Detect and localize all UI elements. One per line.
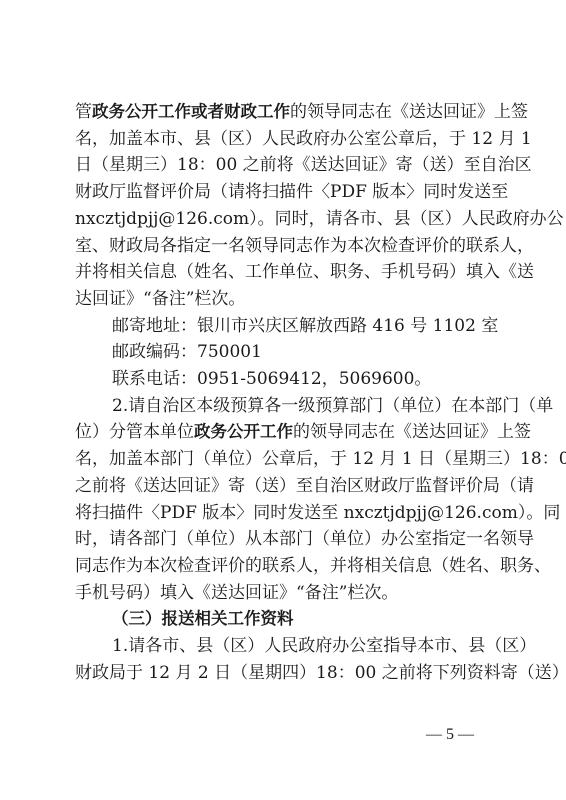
text-line: 手机号码）填入《送达回证》“备注”栏次。	[75, 580, 481, 606]
text-line: 位）分管本单位政务公开工作的领导同志在《送达回证》上签	[75, 419, 481, 445]
text: nxcztjdpjj@126.com）。同时，请各市、县（区）人民政府办公	[75, 209, 564, 229]
text: 并将相关信息（姓名、工作单位、职务、手机号码）填入《送	[75, 262, 534, 282]
text-line: （三）报送相关工作资料	[112, 606, 481, 632]
text: 的领导同志在《送达回证》上签	[290, 102, 528, 122]
text-line: 将扫描件〈PDF 版本〉同时发送至 nxcztjdpjj@126.com）。同	[75, 500, 481, 526]
text-line: nxcztjdpjj@126.com）。同时，请各市、县（区）人民政府办公	[75, 206, 481, 232]
text: 邮政编码：750001	[112, 342, 262, 362]
bold-text: 政务公开工作	[194, 422, 293, 441]
text-line: 名，加盖本部门（单位）公章后，于 12 月 1 日（星期三）18：00	[75, 446, 481, 472]
text-line: 邮政编码：750001	[112, 339, 481, 365]
text: 的领导同志在《送达回证》上签	[293, 422, 531, 442]
text-line: 名，加盖本市、县（区）人民政府办公室公章后，于 12 月 1	[75, 126, 481, 152]
text: 手机号码）填入《送达回证》“备注”栏次。	[75, 583, 398, 603]
text: 名，加盖本部门（单位）公章后，于 12 月 1 日（星期三）18：00	[75, 449, 566, 469]
text-line: 财政局于 12 月 2 日（星期四）18：00 之前将下列资料寄（送）	[75, 660, 481, 686]
text: 1.请各市、县（区）人民政府办公室指导本市、县（区）	[112, 636, 536, 656]
text: 财政厅监督评价局（请将扫描件〈PDF 版本〉同时发送至	[75, 182, 508, 202]
text-line: 联系电话：0951-5069412，5069600。	[112, 366, 481, 392]
text-line: 同志作为本次检查评价的联系人，并将相关信息（姓名、职务、	[75, 553, 481, 579]
text-line: 2.请自治区本级预算各一级预算部门（单位）在本部门（单	[112, 393, 481, 419]
bold-text: （三）报送相关工作资料	[112, 609, 294, 628]
text-line: 日（星期三）18：00 之前将《送达回证》寄（送）至自治区	[75, 152, 481, 178]
text: 邮寄地址：银川市兴庆区解放西路 416 号 1102 室	[112, 316, 498, 336]
text-line: 并将相关信息（姓名、工作单位、职务、手机号码）填入《送	[75, 259, 481, 285]
text: 时，请各部门（单位）从本部门（单位）办公室指定一名领导	[75, 529, 534, 549]
text: 达回证》“备注”栏次。	[75, 289, 245, 309]
text: 名，加盖本市、县（区）人民政府办公室公章后，于 12 月 1	[75, 129, 532, 149]
text-line: 之前将《送达回证》寄（送）至自治区财政厅监督评价局（请	[75, 473, 481, 499]
document-page: 管政务公开工作或者财政工作的领导同志在《送达回证》上签名，加盖本市、县（区）人民…	[0, 0, 566, 800]
text: 室、财政局各指定一名领导同志作为本次检查评价的联系人，	[75, 236, 534, 256]
text: 之前将《送达回证》寄（送）至自治区财政厅监督评价局（请	[75, 476, 534, 496]
text-line: 室、财政局各指定一名领导同志作为本次检查评价的联系人，	[75, 233, 481, 259]
text: 2.请自治区本级预算各一级预算部门（单位）在本部门（单	[112, 396, 553, 416]
text: 财政局于 12 月 2 日（星期四）18：00 之前将下列资料寄（送）	[75, 663, 566, 683]
text-line: 邮寄地址：银川市兴庆区解放西路 416 号 1102 室	[112, 313, 481, 339]
text: 日（星期三）18：00 之前将《送达回证》寄（送）至自治区	[75, 155, 532, 175]
text-line: 时，请各部门（单位）从本部门（单位）办公室指定一名领导	[75, 526, 481, 552]
text: 将扫描件〈PDF 版本〉同时发送至 nxcztjdpjj@126.com）。同	[75, 503, 560, 523]
text-line: 管政务公开工作或者财政工作的领导同志在《送达回证》上签	[75, 99, 481, 125]
text: 联系电话：0951-5069412，5069600。	[112, 369, 431, 389]
text-line: 财政厅监督评价局（请将扫描件〈PDF 版本〉同时发送至	[75, 179, 481, 205]
text: 位）分管本单位	[75, 422, 194, 442]
page-number: — 5 —	[420, 724, 480, 746]
text-line: 达回证》“备注”栏次。	[75, 286, 481, 312]
text: 管	[75, 102, 92, 122]
bold-text: 政务公开工作或者财政工作	[92, 102, 290, 121]
text: 同志作为本次检查评价的联系人，并将相关信息（姓名、职务、	[75, 556, 551, 576]
text-line: 1.请各市、县（区）人民政府办公室指导本市、县（区）	[112, 633, 481, 659]
